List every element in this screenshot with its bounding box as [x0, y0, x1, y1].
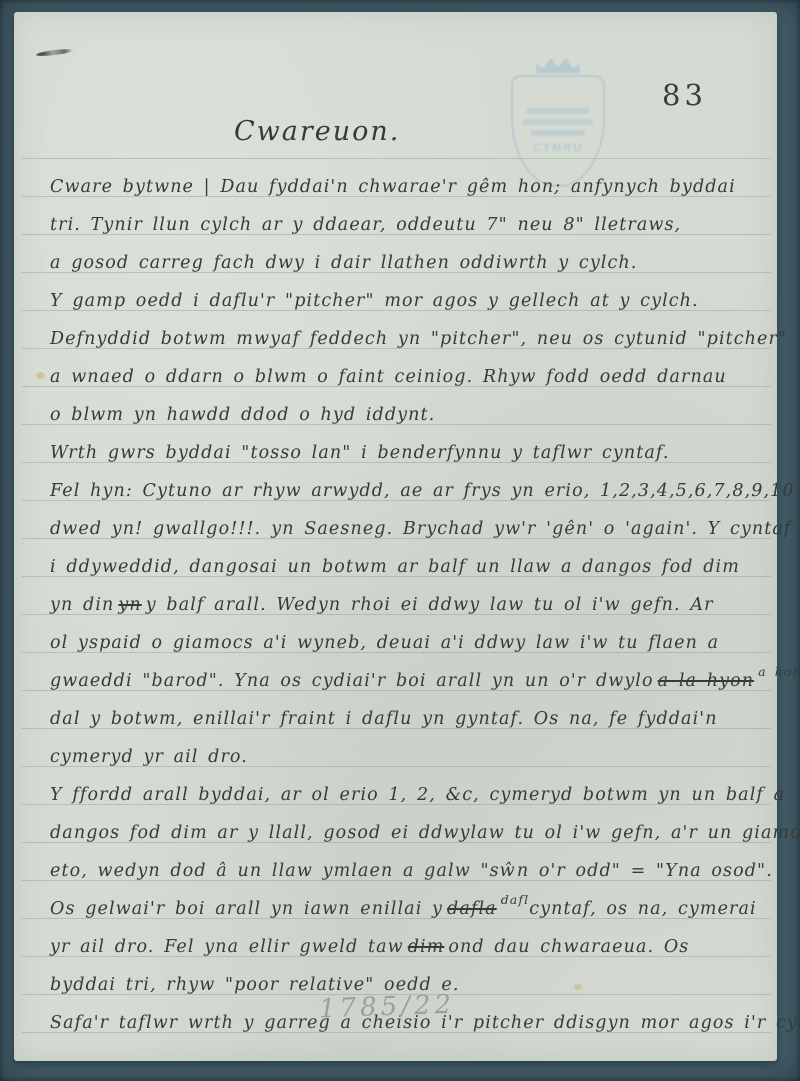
manuscript-line: dal y botwm, enillai'r fraint i daflu yn… — [50, 694, 762, 732]
struck-text: a la hyon — [658, 671, 754, 694]
manuscript-line: Cware bytwne | Dau fyddai'n chwarae'r gê… — [50, 162, 762, 200]
handwritten-text: Wrth gwrs byddai "tosso lan" i benderfyn… — [50, 443, 670, 466]
handwritten-text: eto, wedyn dod â un llaw ymlaen a galw "… — [50, 861, 773, 884]
handwritten-text: a wnaed o ddarn o blwm o faint ceiniog. … — [50, 367, 727, 390]
handwritten-text: Fel hyn: Cytuno ar rhyw arwydd, ae ar fr… — [50, 481, 795, 504]
struck-text: yn — [118, 595, 141, 618]
handwritten-text: Os gelwai'r boi arall yn iawn enillai y — [50, 899, 443, 922]
handwritten-text: tri. Tynir llun cylch ar y ddaear, oddeu… — [50, 215, 681, 238]
manuscript-line: gwaeddi "barod". Yna os cydiai'r boi ara… — [50, 656, 762, 694]
handwritten-text: ol yspaid o giamocs a'i wyneb, deuai a'i… — [50, 633, 719, 656]
scribble-mark — [266, 526, 267, 537]
scan-background: CYMRU 83 Cwareuon. Cware bytwne | Dau fy… — [0, 0, 800, 1081]
inserted-text: a honno'n — [758, 664, 800, 679]
handwritten-text: a gosod carreg fach dwy i dair llathen o… — [50, 253, 637, 276]
inserted-text: dafl — [501, 892, 529, 907]
ink-smudge — [36, 48, 74, 58]
manuscript-line: cymeryd yr ail dro. — [50, 732, 762, 770]
handwritten-text: Cware bytwne | Dau fyddai'n chwarae'r gê… — [50, 177, 736, 200]
stamp-illegible-text-bar — [523, 119, 593, 125]
manuscript-line: i ddyweddid, dangosai un botwm ar balf u… — [50, 542, 762, 580]
manuscript-line: dwed yn! gwallgo!!!.yn Saesneg. Brychad … — [50, 504, 762, 542]
struck-text: dim — [408, 937, 445, 960]
handwritten-text: cymeryd yr ail dro. — [50, 747, 248, 770]
manuscript-line: ol yspaid o giamocs a'i wyneb, deuai a'i… — [50, 618, 762, 656]
handwritten-text: dwed yn! gwallgo!!!. — [50, 519, 261, 542]
manuscript-page: CYMRU 83 Cwareuon. Cware bytwne | Dau fy… — [14, 12, 777, 1061]
manuscript-line: a wnaed o ddarn o blwm o faint ceiniog. … — [50, 352, 762, 390]
handwritten-text: Y gamp oedd i daflu'r "pitcher" mor agos… — [50, 291, 699, 314]
handwritten-text: y balf arall. Wedyn rhoi ei ddwy law tu … — [146, 595, 714, 618]
manuscript-line: tri. Tynir llun cylch ar y ddaear, oddeu… — [50, 200, 762, 238]
handwritten-text: o blwm yn hawdd ddod o hyd iddynt. — [50, 405, 435, 428]
handwritten-text: cyntaf, os na, cymerai — [529, 899, 757, 922]
handwritten-text: Defnyddid botwm mwyaf feddech yn "pitche… — [50, 329, 787, 352]
manuscript-line: a gosod carreg fach dwy i dair llathen o… — [50, 238, 762, 276]
stamp-illegible-text-bar — [527, 108, 589, 114]
handwritten-text: yr ail dro. Fel yna ellir gweld taw — [50, 937, 404, 960]
handwritten-text: dangos fod dim ar y llall, gosod ei ddwy… — [50, 823, 800, 846]
handwritten-text: dal y botwm, enillai'r fraint i daflu yn… — [50, 709, 718, 732]
handwritten-text: yn din — [50, 595, 114, 618]
manuscript-line: dangos fod dim ar y llall, gosod ei ddwy… — [50, 808, 762, 846]
manuscript-line: o blwm yn hawdd ddod o hyd iddynt. — [50, 390, 762, 428]
struck-text: dafla — [447, 899, 497, 922]
handwritten-text: yn Saesneg. Brychad yw'r 'gên' o 'again'… — [271, 519, 791, 542]
manuscript-line: Wrth gwrs byddai "tosso lan" i benderfyn… — [50, 428, 762, 466]
manuscript-line: eto, wedyn dod â un llaw ymlaen a galw "… — [50, 846, 762, 884]
handwritten-text: Y ffordd arall byddai, ar ol erio 1, 2, … — [50, 785, 785, 808]
stamp-crown-icon — [536, 58, 580, 73]
handwritten-text: ond dau chwaraeua. Os — [448, 937, 689, 960]
handwritten-text: i ddyweddid, dangosai un botwm ar balf u… — [50, 557, 740, 580]
page-number: 83 — [662, 78, 707, 112]
page-title: Cwareuon. — [234, 116, 400, 147]
manuscript-line: yn dinyny balf arall. Wedyn rhoi ei ddwy… — [50, 580, 762, 618]
manuscript-line: Y ffordd arall byddai, ar ol erio 1, 2, … — [50, 770, 762, 808]
manuscript-line: Defnyddid botwm mwyaf feddech yn "pitche… — [50, 314, 762, 352]
handwritten-text: gwaeddi "barod". Yna os cydiai'r boi ara… — [50, 671, 654, 694]
manuscript-line: Os gelwai'r boi arall yn iawn enillai yd… — [50, 884, 762, 922]
manuscript-line: Fel hyn: Cytuno ar rhyw arwydd, ae ar fr… — [50, 466, 762, 504]
stamp-text: CYMRU — [533, 142, 583, 154]
stamp-illegible-text-bar — [531, 130, 585, 136]
manuscript-line: yr ail dro. Fel yna ellir gweld tawdimon… — [50, 922, 762, 960]
manuscript-line: Y gamp oedd i daflu'r "pitcher" mor agos… — [50, 276, 762, 314]
catalog-reference: 1785/22 — [319, 990, 456, 1025]
manuscript-lines: Cware bytwne | Dau fyddai'n chwarae'r gê… — [50, 162, 762, 1036]
